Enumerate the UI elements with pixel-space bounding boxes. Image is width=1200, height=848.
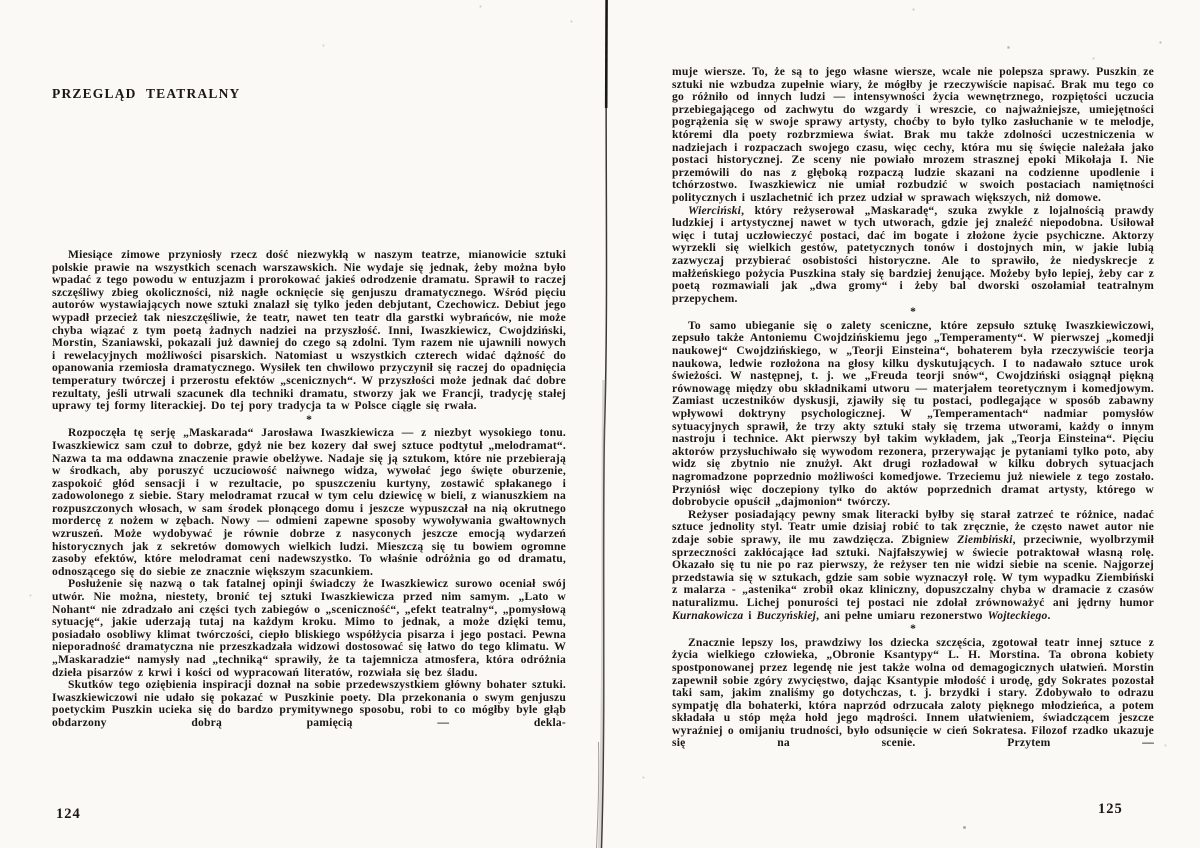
text-run: Miesiące zimowe przyniosły rzecz dość ni…: [52, 248, 566, 412]
paragraph: Rozpoczęła tę serję „Maskarada“ Jarosław…: [52, 427, 566, 578]
paragraph: Znacznie lepszy los, prawdziwy los dziec…: [672, 637, 1154, 750]
text-run: , który reżyserował „Maskaradę“, szuka z…: [672, 204, 1154, 305]
italic-text: Wierciński: [688, 204, 741, 217]
page-number-left: 124: [56, 806, 81, 823]
paragraph: Posłużenie się nazwą o tak fatalnej opin…: [52, 578, 566, 679]
text-run: Skutków tego oziębienia inspiracji dozna…: [52, 678, 566, 729]
paragraph: Wierciński, który reżyserował „Maskaradę…: [672, 205, 1154, 306]
right-page-text: muje wiersze. To, że są to jego własne w…: [672, 66, 1154, 750]
paragraph: Miesiące zimowe przyniosły rzecz dość ni…: [52, 249, 566, 413]
paragraph: To samo ubieganie się o zalety sceniczne…: [672, 320, 1154, 509]
section-separator: *: [672, 306, 1154, 319]
italic-text: Ziembiński: [957, 533, 1012, 546]
section-separator: *: [52, 414, 566, 427]
italic-text: Wojteckiego: [988, 609, 1048, 622]
text-run: i: [743, 609, 756, 622]
paragraph: muje wiersze. To, że są to jego własne w…: [672, 66, 1154, 205]
section-heading: PRZEGLĄD TEATRALNY: [52, 86, 241, 102]
italic-text: Buczyńskiej: [757, 609, 817, 622]
left-page-text: Miesiące zimowe przyniosły rzecz dość ni…: [52, 249, 566, 730]
text-run: Posłużenie się nazwą o tak fatalnej opin…: [52, 577, 566, 678]
text-run: To samo ubieganie się o zalety sceniczne…: [672, 319, 1154, 508]
scan-noise-specks: [0, 0, 1, 1]
book-scan: PRZEGLĄD TEATRALNY Miesiące zimowe przyn…: [0, 0, 1200, 848]
text-run: .: [1048, 609, 1051, 622]
page-number-right: 125: [1098, 801, 1123, 818]
text-run: Rozpoczęła tę serję „Maskarada“ Jarosław…: [52, 426, 566, 578]
section-separator: *: [672, 623, 1154, 636]
text-run: Znacznie lepszy los, prawdziwy los dziec…: [672, 636, 1154, 750]
paragraph: Skutków tego oziębienia inspiracji dozna…: [52, 679, 566, 729]
text-run: muje wiersze. To, że są to jego własne w…: [672, 65, 1154, 204]
text-run: , ani pełne umiaru rezonerstwo: [816, 609, 988, 622]
paragraph: Reżyser posiadający pewny smak literacki…: [672, 509, 1154, 622]
italic-text: Kurnakowicza: [672, 609, 743, 622]
